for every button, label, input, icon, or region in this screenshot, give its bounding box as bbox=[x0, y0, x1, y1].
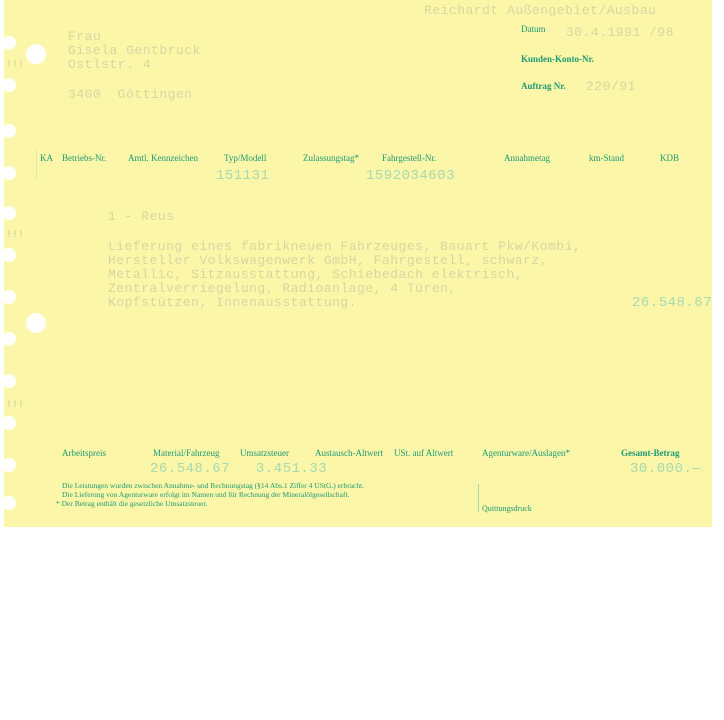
punch-hole bbox=[26, 44, 46, 64]
punch-hole bbox=[2, 290, 16, 304]
body-amount: 26.548.67 bbox=[632, 296, 712, 310]
arbeitspreis-label: Arbeitspreis bbox=[62, 448, 106, 458]
address-line1: Frau bbox=[68, 30, 101, 44]
punch-hole bbox=[2, 416, 16, 430]
punch-hole bbox=[2, 496, 16, 510]
margin-mark: !!! bbox=[6, 60, 24, 71]
agenturware-label: Agenturware/Auslagen* bbox=[482, 448, 570, 458]
punch-hole bbox=[2, 124, 16, 138]
gesamt-value: 30.000.— bbox=[630, 462, 701, 476]
punch-hole bbox=[2, 206, 16, 220]
quittung-divider bbox=[478, 484, 479, 512]
ust-altwert-label: USt. auf Altwert bbox=[394, 448, 453, 458]
col-annahmetag: Annahmetag bbox=[504, 153, 550, 163]
punch-hole bbox=[2, 248, 16, 262]
datum-value: 30.4.1991 /98 bbox=[566, 26, 674, 40]
margin-mark: !!! bbox=[6, 400, 24, 411]
body-title: 1 - Reus bbox=[108, 210, 174, 224]
address-line4: 3400 Göttingen bbox=[68, 88, 193, 102]
umsatzsteuer-value: 3.451.33 bbox=[256, 462, 327, 476]
punch-hole bbox=[2, 374, 16, 388]
col-ka: KA bbox=[40, 153, 53, 163]
address-line3: Ostlstr. 4 bbox=[68, 58, 151, 72]
gesamt-label: Gesamt-Betrag bbox=[621, 448, 679, 458]
body-line: Metallic, Sitzausstattung, Schiebedach e… bbox=[108, 268, 523, 282]
body-line: Lieferung eines fabrikneuen Fahrzeuges, … bbox=[108, 240, 581, 254]
col-amtl-kennzeichen: Amtl. Kennzeichen bbox=[128, 153, 198, 163]
austausch-label: Austausch-Altwert bbox=[315, 448, 383, 458]
punch-hole bbox=[2, 36, 16, 50]
punch-hole bbox=[2, 166, 16, 180]
body-line: Hersteller Volkswagenwerk GmbH, Fahrgest… bbox=[108, 254, 548, 268]
body-line: Kopfstützen, Innenausstattung. bbox=[108, 296, 357, 310]
address-line2: Gisela Gentbruck bbox=[68, 44, 201, 58]
col-zulassungstag: Zulassungstag* bbox=[303, 153, 359, 163]
ka-box-divider bbox=[36, 150, 37, 180]
material-label: Material/Fahrzeug bbox=[153, 448, 219, 458]
body-line: Zentralverriegelung, Radioanlage, 4 Türe… bbox=[108, 282, 457, 296]
datum-label: Datum bbox=[521, 24, 546, 34]
header-top-line: Reichardt Außengebiet/Ausbau bbox=[424, 4, 656, 18]
margin-mark: !!! bbox=[6, 230, 24, 241]
footer-note3: * Der Betrag enthält die gesetzliche Ums… bbox=[56, 499, 207, 508]
umsatzsteuer-label: Umsatzsteuer bbox=[240, 448, 289, 458]
quittung-label: Quittungsdruck bbox=[482, 504, 532, 513]
punch-hole bbox=[26, 313, 46, 333]
col-kdb: KDB bbox=[660, 153, 679, 163]
punch-hole bbox=[2, 458, 16, 472]
typ-modell-value: 151131 bbox=[216, 169, 269, 183]
col-betriebs-nr: Betriebs-Nr. bbox=[62, 153, 106, 163]
punch-hole bbox=[2, 332, 16, 346]
auftrag-label: Auftrag Nr. bbox=[521, 81, 566, 91]
col-km-stand: km-Stand bbox=[589, 153, 624, 163]
kunden-konto-label: Kunden-Konto-Nr. bbox=[521, 54, 594, 64]
punch-hole bbox=[2, 78, 16, 92]
fahrgestell-value: 1592034603 bbox=[366, 169, 455, 183]
footer-note1: Die Leistungen wurden zwischen Annahme- … bbox=[62, 481, 364, 490]
material-value: 26.548.67 bbox=[150, 462, 230, 476]
col-typ-modell: Typ/Modell bbox=[224, 153, 266, 163]
auftrag-value: 220/91 bbox=[586, 80, 636, 94]
col-fahrgestell-nr: Fahrgestell-Nr. bbox=[382, 153, 436, 163]
footer-note2: Die Lieferung von Agenturware erfolgt im… bbox=[62, 490, 349, 499]
invoice-sheet: !!! !!! !!! Reichardt Außengebiet/Ausbau… bbox=[4, 0, 712, 527]
